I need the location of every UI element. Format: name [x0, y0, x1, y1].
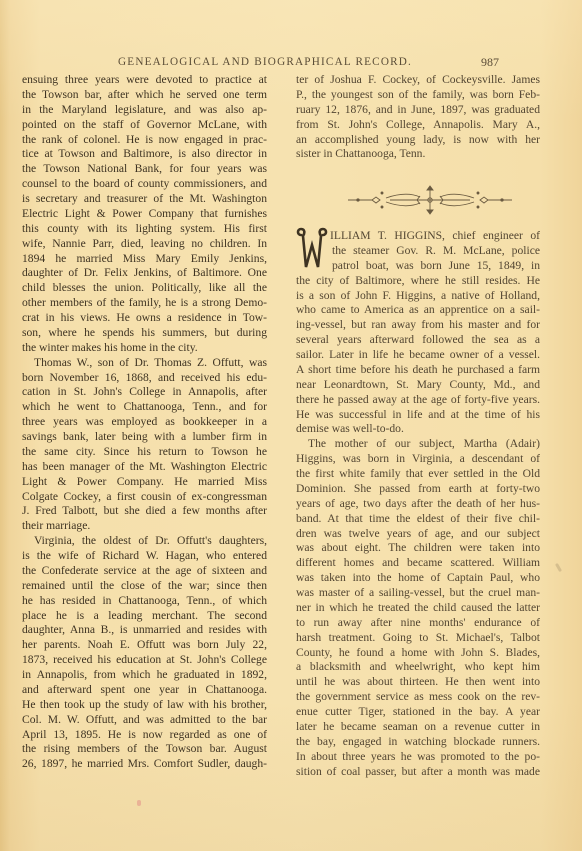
text-line: ter of Joshua F. Cockey, of Cockeysville…: [296, 73, 540, 88]
text-line: savings bank, later being with a lumber …: [22, 430, 267, 445]
text-line: the bay, engaged in watching blockade ru…: [296, 735, 540, 750]
text-line: the winter makes his home in the city.: [22, 341, 267, 356]
paragraph-start: Virginia, the oldest of Dr. Offutt's dau…: [22, 534, 267, 549]
text-line: there he passed away at the age of forty…: [296, 393, 540, 408]
text-line: child blesses the union. Politically, li…: [22, 281, 267, 296]
text-line: the Towson National Bank, for four years…: [22, 162, 267, 177]
text-line: sition of coal passer, but after a month…: [296, 765, 540, 780]
text-line: sister in Chattanooga, Tenn.: [296, 147, 540, 162]
left-column: ensuing three years were devoted to prac…: [22, 73, 267, 772]
text-line: the Confederate service at the age of si…: [22, 564, 267, 579]
text-line: ing-vessel, but ran away from his master…: [296, 318, 540, 333]
paragraph-start: The mother of our subject, Martha (Adair…: [296, 437, 540, 452]
text-line: In about three years he was promoted to …: [296, 750, 540, 765]
text-line: and afterward spent one year in Chattano…: [22, 683, 267, 698]
running-title: GENEALOGICAL AND BIOGRAPHICAL RECORD.: [118, 56, 412, 68]
text-line: pointed on the staff of Governor McLane,…: [22, 118, 267, 133]
text-line: the same city. Since his return to Towso…: [22, 445, 267, 460]
text-line: 1894 he married Miss Mary Emily Jenkins,: [22, 252, 267, 267]
text-line: their marriage.: [22, 519, 267, 534]
text-line: harsh treatment. Going to St. Michael's,…: [296, 631, 540, 646]
text-line: near Leonardtown, St. Mary County, Md., …: [296, 378, 540, 393]
text-line: 26, 1897, he married Mrs. Comfort Sudler…: [22, 757, 267, 772]
right-column-dropcap-block: ILLIAM T. HIGGINS, chief engineer of the…: [296, 229, 540, 779]
text-line: P., the youngest son of the family, was …: [296, 88, 540, 103]
text-line: crat in his views. He owns a residence i…: [22, 311, 267, 326]
text-line: he has resided in Chattanooga, Tenn., of…: [22, 594, 267, 609]
text-line: daughter, Anna B., is unmarried and resi…: [22, 623, 267, 638]
text-line: ensuing three years were devoted to prac…: [22, 73, 267, 88]
text-line: daughter of Dr. Felix Jenkins, of Baltim…: [22, 266, 267, 281]
text-line: the steamer Gov. R. M. McLane, police: [296, 244, 540, 259]
text-line: Col. M. W. Offutt, and was admitted to t…: [22, 713, 267, 728]
text-line: the city of Baltimore, where he still re…: [296, 274, 540, 289]
text-line: patrol boat, was born June 15, 1849, in: [296, 259, 540, 274]
page-number: 987: [481, 55, 499, 70]
text-line: He then took up the study of law with hi…: [22, 698, 267, 713]
text-line: sailor. Later in life he became owner of…: [296, 348, 540, 363]
text-line: band. At that time the eldest of their f…: [296, 512, 540, 527]
text-line: son, where he spends his summers, but du…: [22, 326, 267, 341]
text-line: a blacksmith and wheelwright, who kept h…: [296, 660, 540, 675]
text-line: He was successful in life and at the tim…: [296, 408, 540, 423]
text-line: demise was well-to-do.: [296, 422, 540, 437]
text-line: County, he found a home with John S. Bla…: [296, 646, 540, 661]
text-line: wife, Nannie Parr, died, leaving no chil…: [22, 237, 267, 252]
text-line: is the wife of Richard W. Hagan, who ent…: [22, 549, 267, 564]
text-line: is a son of John F. Higgins, a native of…: [296, 289, 540, 304]
text-line: the first white family that ever settled…: [296, 467, 540, 482]
right-column-intro: ter of Joshua F. Cockey, of Cockeysville…: [296, 73, 540, 162]
text-line: Higgins, was born in Virginia, a descend…: [296, 452, 540, 467]
text-line: was taken into the home of Captain Paul,…: [296, 571, 540, 586]
text-line: which he went to Chattanooga, Tenn., and…: [22, 400, 267, 415]
text-line: the Towson bar, after which he served on…: [22, 88, 267, 103]
text-line: has been manager of the Mt. Washington E…: [22, 460, 267, 475]
text-line: an accomplished young lady, is now with …: [296, 133, 540, 148]
paragraph-start: Thomas W., son of Dr. Thomas Z. Offutt, …: [22, 356, 267, 371]
running-head: GENEALOGICAL AND BIOGRAPHICAL RECORD. 98…: [0, 56, 582, 70]
text-line: April 13, 1895. He is now regarded as on…: [22, 728, 267, 743]
text-line: was master of a sailing-vessel, but the …: [296, 586, 540, 601]
text-line: other members of the family, he is a str…: [22, 296, 267, 311]
text-line: the rising members of the Towson bar. Au…: [22, 742, 267, 757]
text-line: Colgate Cockey, a first cousin of ex-con…: [22, 490, 267, 505]
text-line: this county with its lighting system. Hi…: [22, 222, 267, 237]
text-line: in the Maryland legislature, and was als…: [22, 103, 267, 118]
text-line: A short time before his death he purchas…: [296, 363, 540, 378]
text-line: Light & Power Company. He married Miss: [22, 475, 267, 490]
text-line: ILLIAM T. HIGGINS, chief engineer of: [296, 229, 540, 244]
text-line: the government service as mess cook on t…: [296, 690, 540, 705]
text-line: who came to America as an apprentice on …: [296, 303, 540, 318]
text-line: dren was twelve years of age, and our su…: [296, 527, 540, 542]
ornament-divider-icon: [346, 183, 514, 217]
text-line: ruary 12, 1876, and in June, 1897, was g…: [296, 103, 540, 118]
paper-smudge: [555, 563, 562, 572]
text-line: three years was employed as bookkeeper i…: [22, 415, 267, 430]
text-line: later he became seaman on a revenue cutt…: [296, 720, 540, 735]
text-line: to run away after nine months' endurance…: [296, 616, 540, 631]
text-line: was about eight. The children were taken…: [296, 541, 540, 556]
text-line: until he was about thirteen. He then wen…: [296, 675, 540, 690]
text-line: J. Fred Talbott, but she died a few mont…: [22, 504, 267, 519]
text-line: Dominion. She passed from earth at forty…: [296, 482, 540, 497]
text-line: born November 16, 1868, and received his…: [22, 371, 267, 386]
text-line: tice at Towson and Baltimore, is also di…: [22, 147, 267, 162]
text-line: enue cutter Tiger, stationed in the bay.…: [296, 705, 540, 720]
text-line: in Annapolis, from which he graduated in…: [22, 668, 267, 683]
text-line: the rank of colonel. He is now engaged i…: [22, 133, 267, 148]
text-line: different homes and became scattered. Wi…: [296, 556, 540, 571]
text-line: her parents. Noah E. Offutt was born Jul…: [22, 638, 267, 653]
text-line: remained until the close of the war; sin…: [22, 579, 267, 594]
text-line: from St. John's College, Annapolis. Mary…: [296, 118, 540, 133]
text-line: is secretary and treasurer of the Mt. Wa…: [22, 192, 267, 207]
text-line: place he is a leading merchant. The seco…: [22, 609, 267, 624]
text-line: 1873, received his education at St. John…: [22, 653, 267, 668]
text-line: counsel to the board of county commissio…: [22, 177, 267, 192]
text-line: cation in St. John's College in Annapoli…: [22, 385, 267, 400]
text-line: ner in which he treated the child caused…: [296, 601, 540, 616]
text-line: several years afterward followed the sea…: [296, 333, 540, 348]
ink-mark: [137, 800, 141, 806]
text-line: Electric Light & Power Company that furn…: [22, 207, 267, 222]
text-line: years of age, two days after the death o…: [296, 497, 540, 512]
